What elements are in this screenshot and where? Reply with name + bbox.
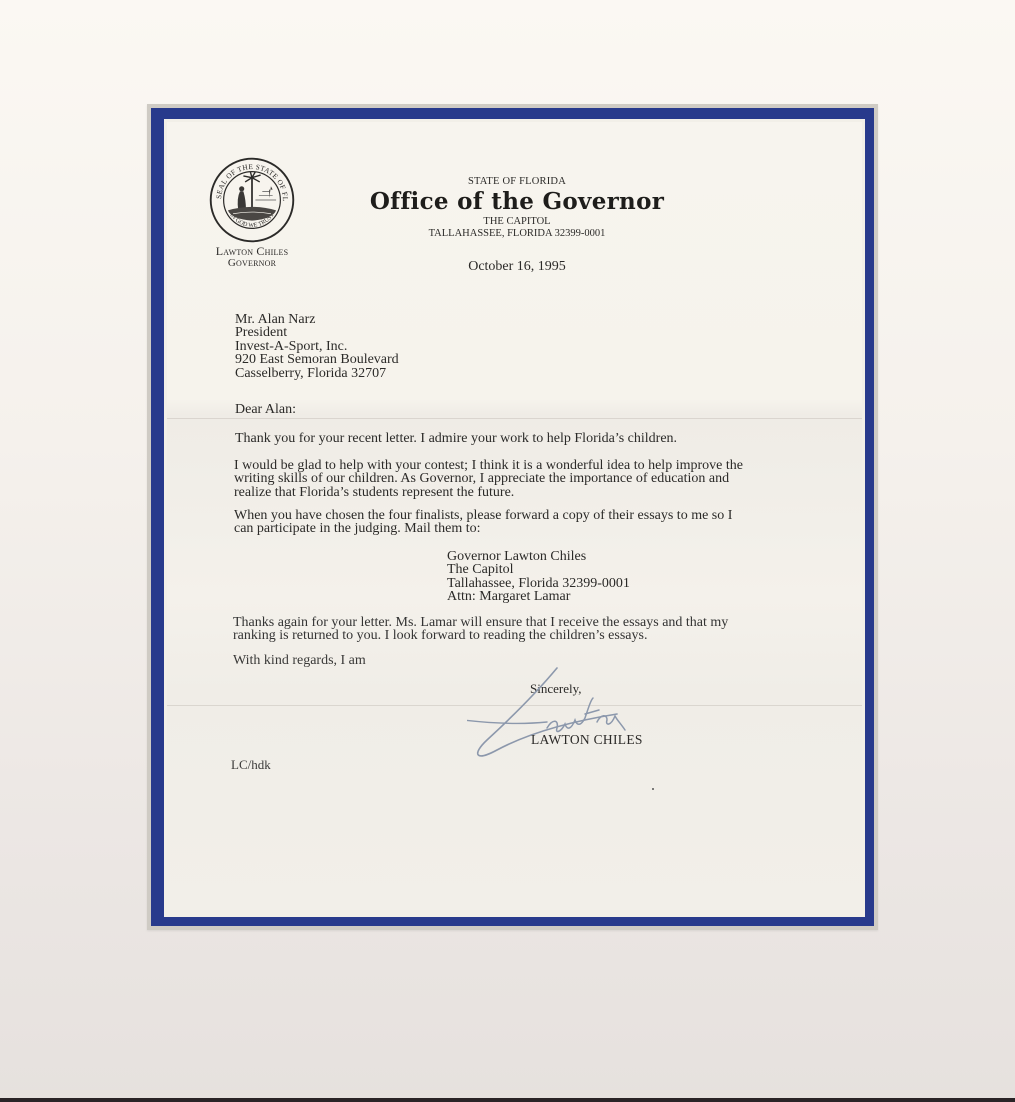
paper-fold: [167, 418, 862, 419]
paragraph-1: Thank you for your recent letter. I admi…: [235, 432, 677, 445]
text-line: Mr. Alan Narz: [235, 313, 399, 326]
text-line: can participate in the judging. Mail the…: [234, 522, 732, 535]
typist-initials: LC/hdk: [231, 758, 271, 771]
closing-line: With kind regards, I am: [233, 654, 366, 667]
text-line: Thanks again for your letter. Ms. Lamar …: [233, 616, 728, 629]
text-line: Casselberry, Florida 32707: [235, 367, 399, 380]
text-line: writing skills of our children. As Gover…: [234, 472, 743, 485]
text-line: Tallahassee, Florida 32399-0001: [447, 577, 630, 590]
recipient-address: Mr. Alan NarzPresidentInvest-A-Sport, In…: [235, 313, 399, 380]
text-line: The Capitol: [447, 563, 630, 576]
signer-name: LAWTON CHILES: [531, 733, 643, 746]
frame-bottom-edge: [0, 1098, 1015, 1102]
governor-name-block: Lawton Chiles Governor: [187, 245, 317, 269]
text-line: 920 East Semoran Boulevard: [235, 353, 399, 366]
letterhead-office: Office of the Governor: [347, 188, 687, 215]
salutation: Dear Alan:: [235, 403, 296, 416]
paragraph-2: I would be glad to help with your contes…: [234, 459, 743, 499]
text-line: Thank you for your recent letter. I admi…: [235, 432, 677, 445]
letter-paper: GREAT SEAL OF THE STATE OF FLORIDA IN GO…: [167, 122, 862, 914]
mailing-address: Governor Lawton ChilesThe CapitolTallaha…: [447, 550, 630, 604]
text-line: Governor Lawton Chiles: [447, 550, 630, 563]
text-line: When you have chosen the four finalists,…: [234, 509, 732, 522]
text-line: ranking is returned to you. I look forwa…: [233, 629, 728, 642]
text-line: I would be glad to help with your contes…: [234, 459, 743, 472]
letter-date: October 16, 1995: [427, 259, 607, 275]
text-line: Attn: Margaret Lamar: [447, 590, 630, 603]
letterhead-building: THE CAPITOL: [377, 216, 657, 227]
text-line: Invest-A-Sport, Inc.: [235, 340, 399, 353]
paragraph-4: Thanks again for your letter. Ms. Lamar …: [233, 616, 728, 643]
letterhead-state: STATE OF FLORIDA: [377, 176, 657, 187]
text-line: realize that Florida’s students represen…: [234, 486, 743, 499]
letterhead-city: TALLAHASSEE, FLORIDA 32399-0001: [357, 228, 677, 239]
great-seal-of-florida-icon: GREAT SEAL OF THE STATE OF FLORIDA IN GO…: [209, 157, 295, 243]
governor-name: Lawton Chiles: [187, 245, 317, 257]
text-line: President: [235, 326, 399, 339]
paper-speck: [652, 788, 654, 790]
governor-title: Governor: [187, 257, 317, 269]
paragraph-3: When you have chosen the four finalists,…: [234, 509, 732, 536]
